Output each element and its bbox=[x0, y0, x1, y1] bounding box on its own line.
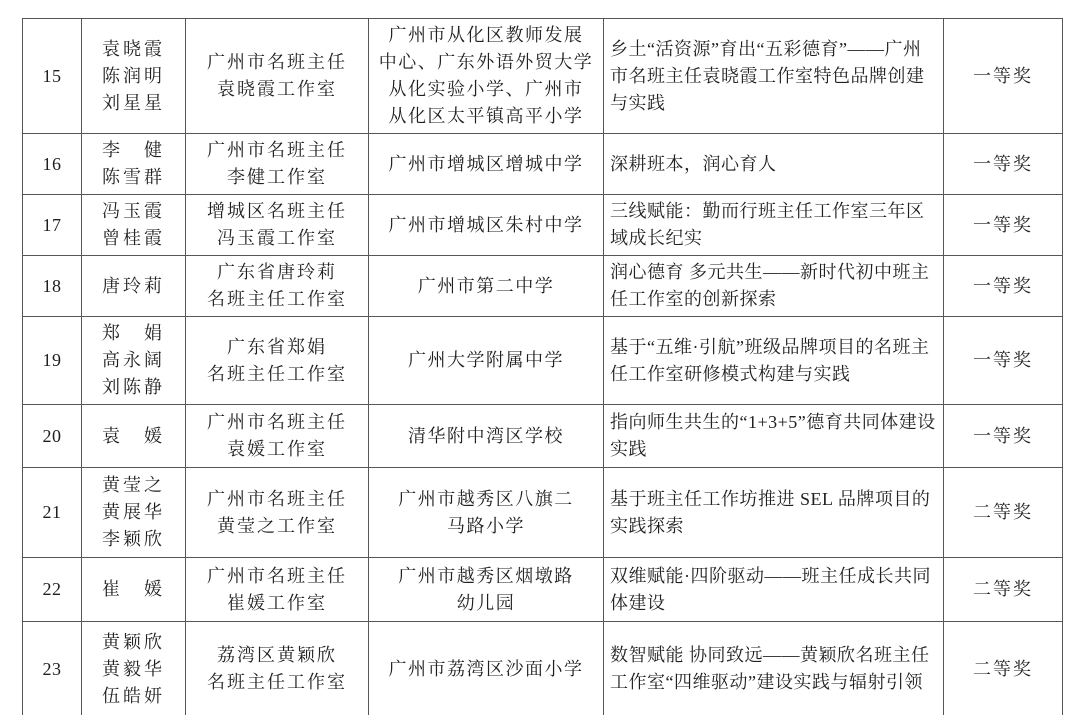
school-cell: 广州市增城区增城中学 bbox=[369, 134, 604, 195]
project-title-cell: 乡土“活资源”育出“五彩德育”——广州市名班主任袁晓霞工作室特色品牌创建与实践 bbox=[604, 19, 944, 134]
awards-table: 15 袁晓霞 陈润明 刘星星 广州市名班主任 袁晓霞工作室 广州市从化区教师发展… bbox=[22, 18, 1063, 715]
school-cell: 广州大学附属中学 bbox=[369, 317, 604, 405]
row-number-cell: 18 bbox=[23, 256, 82, 317]
award-cell: 二等奖 bbox=[944, 468, 1063, 558]
studio-cell: 增城区名班主任 冯玉霞工作室 bbox=[186, 195, 369, 256]
names-cell: 袁 媛 bbox=[82, 405, 186, 468]
school-cell: 广州市越秀区烟墩路 幼儿园 bbox=[369, 558, 604, 622]
school-cell: 广州市增城区朱村中学 bbox=[369, 195, 604, 256]
table-row: 16 李 健 陈雪群 广州市名班主任 李健工作室 广州市增城区增城中学 深耕班本… bbox=[23, 134, 1063, 195]
studio-cell: 广州市名班主任 黄莹之工作室 bbox=[186, 468, 369, 558]
row-number-cell: 21 bbox=[23, 468, 82, 558]
award-cell: 二等奖 bbox=[944, 558, 1063, 622]
row-number-cell: 20 bbox=[23, 405, 82, 468]
studio-cell: 广州市名班主任 袁晓霞工作室 bbox=[186, 19, 369, 134]
project-title-cell: 双维赋能·四阶驱动——班主任成长共同体建设 bbox=[604, 558, 944, 622]
table-row: 20 袁 媛 广州市名班主任 袁媛工作室 清华附中湾区学校 指向师生共生的“1+… bbox=[23, 405, 1063, 468]
studio-cell: 广东省郑娟 名班主任工作室 bbox=[186, 317, 369, 405]
names-cell: 冯玉霞 曾桂霞 bbox=[82, 195, 186, 256]
studio-cell: 广州市名班主任 李健工作室 bbox=[186, 134, 369, 195]
table-row: 17 冯玉霞 曾桂霞 增城区名班主任 冯玉霞工作室 广州市增城区朱村中学 三线赋… bbox=[23, 195, 1063, 256]
table-row: 19 郑 娟 高永阔 刘陈静 广东省郑娟 名班主任工作室 广州大学附属中学 基于… bbox=[23, 317, 1063, 405]
project-title-cell: 指向师生共生的“1+3+5”德育共同体建设实践 bbox=[604, 405, 944, 468]
school-cell: 广州市荔湾区沙面小学 bbox=[369, 622, 604, 715]
table-row: 23 黄颖欣 黄毅华 伍皓妍 荔湾区黄颖欣 名班主任工作室 广州市荔湾区沙面小学… bbox=[23, 622, 1063, 715]
row-number-cell: 16 bbox=[23, 134, 82, 195]
names-cell: 崔 媛 bbox=[82, 558, 186, 622]
award-cell: 一等奖 bbox=[944, 134, 1063, 195]
school-cell: 广州市第二中学 bbox=[369, 256, 604, 317]
names-cell: 黄莹之 黄展华 李颖欣 bbox=[82, 468, 186, 558]
row-number-cell: 23 bbox=[23, 622, 82, 715]
row-number-cell: 17 bbox=[23, 195, 82, 256]
table-row: 22 崔 媛 广州市名班主任 崔媛工作室 广州市越秀区烟墩路 幼儿园 双维赋能·… bbox=[23, 558, 1063, 622]
studio-cell: 荔湾区黄颖欣 名班主任工作室 bbox=[186, 622, 369, 715]
table-row: 15 袁晓霞 陈润明 刘星星 广州市名班主任 袁晓霞工作室 广州市从化区教师发展… bbox=[23, 19, 1063, 134]
document-page: 15 袁晓霞 陈润明 刘星星 广州市名班主任 袁晓霞工作室 广州市从化区教师发展… bbox=[0, 0, 1080, 715]
award-cell: 一等奖 bbox=[944, 256, 1063, 317]
names-cell: 袁晓霞 陈润明 刘星星 bbox=[82, 19, 186, 134]
project-title-cell: 润心德育 多元共生——新时代初中班主任工作室的创新探索 bbox=[604, 256, 944, 317]
names-cell: 黄颖欣 黄毅华 伍皓妍 bbox=[82, 622, 186, 715]
school-cell: 清华附中湾区学校 bbox=[369, 405, 604, 468]
award-cell: 一等奖 bbox=[944, 195, 1063, 256]
award-cell: 一等奖 bbox=[944, 405, 1063, 468]
project-title-cell: 数智赋能 协同致远——黄颖欣名班主任工作室“四维驱动”建设实践与辐射引领 bbox=[604, 622, 944, 715]
school-cell: 广州市越秀区八旗二 马路小学 bbox=[369, 468, 604, 558]
project-title-cell: 深耕班本，润心育人 bbox=[604, 134, 944, 195]
award-cell: 二等奖 bbox=[944, 622, 1063, 715]
project-title-cell: 三线赋能：勤而行班主任工作室三年区域成长纪实 bbox=[604, 195, 944, 256]
project-title-cell: 基于班主任工作坊推进 SEL 品牌项目的实践探索 bbox=[604, 468, 944, 558]
award-cell: 一等奖 bbox=[944, 19, 1063, 134]
studio-cell: 广州市名班主任 崔媛工作室 bbox=[186, 558, 369, 622]
names-cell: 唐玲莉 bbox=[82, 256, 186, 317]
names-cell: 李 健 陈雪群 bbox=[82, 134, 186, 195]
school-cell: 广州市从化区教师发展 中心、广东外语外贸大学 从化实验小学、广州市 从化区太平镇… bbox=[369, 19, 604, 134]
studio-cell: 广州市名班主任 袁媛工作室 bbox=[186, 405, 369, 468]
row-number-cell: 15 bbox=[23, 19, 82, 134]
names-cell: 郑 娟 高永阔 刘陈静 bbox=[82, 317, 186, 405]
row-number-cell: 22 bbox=[23, 558, 82, 622]
table-row: 18 唐玲莉 广东省唐玲莉 名班主任工作室 广州市第二中学 润心德育 多元共生—… bbox=[23, 256, 1063, 317]
award-cell: 一等奖 bbox=[944, 317, 1063, 405]
row-number-cell: 19 bbox=[23, 317, 82, 405]
studio-cell: 广东省唐玲莉 名班主任工作室 bbox=[186, 256, 369, 317]
project-title-cell: 基于“五维·引航”班级品牌项目的名班主任工作室研修模式构建与实践 bbox=[604, 317, 944, 405]
table-row: 21 黄莹之 黄展华 李颖欣 广州市名班主任 黄莹之工作室 广州市越秀区八旗二 … bbox=[23, 468, 1063, 558]
